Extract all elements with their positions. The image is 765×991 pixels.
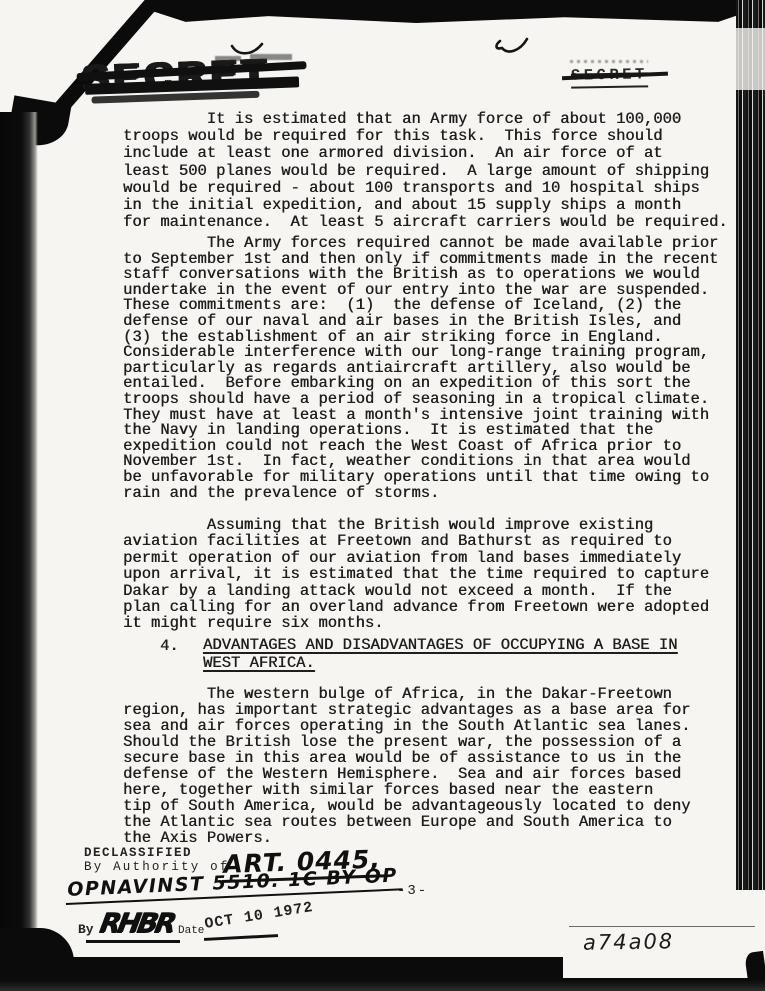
pen-checkmark-icon: [492, 36, 530, 58]
scanned-document-page: SECRET SECRET It is estimated that an Ar…: [0, 0, 765, 991]
declassified-stamp-title: DECLASSIFIED: [84, 846, 192, 860]
stamp-smudge: [570, 60, 648, 63]
body-paragraph-2: The Army forces required cannot be made …: [123, 236, 738, 501]
archive-annotation: a74a08: [583, 929, 675, 955]
body-paragraph-1: It is estimated that an Army force of ab…: [123, 111, 738, 231]
section-heading-title: ADVANTAGES AND DISADVANTAGES OF OCCUPYIN…: [203, 637, 703, 672]
secret-stamp-small: SECRET: [571, 65, 648, 88]
patch-divider-line: [569, 926, 755, 927]
scan-border-left: [0, 112, 38, 991]
date-label: Date: [178, 925, 204, 937]
stamp-smudge: [250, 54, 292, 60]
body-paragraph-3: Assuming that the British would improve …: [123, 517, 738, 632]
scan-border-top: [150, 0, 742, 23]
scan-corner-blob: [744, 951, 765, 981]
date-stamp-value: OCT 10 1972: [203, 899, 314, 933]
scan-page-edge-stripes: [736, 0, 765, 991]
scan-stripe-gap: [736, 28, 765, 90]
stamp-smudge: [215, 56, 241, 61]
by-label: By: [78, 922, 94, 937]
section-heading-number: 4.: [160, 637, 179, 655]
signature-scribble: RHBR: [97, 908, 175, 939]
date-underline: [204, 934, 278, 940]
signature-underline: [86, 940, 180, 943]
body-paragraph-4: The western bulge of Africa, in the Daka…: [123, 686, 738, 846]
corner-paper-patch: a74a08: [563, 890, 765, 978]
page-number: -3-: [397, 883, 428, 899]
